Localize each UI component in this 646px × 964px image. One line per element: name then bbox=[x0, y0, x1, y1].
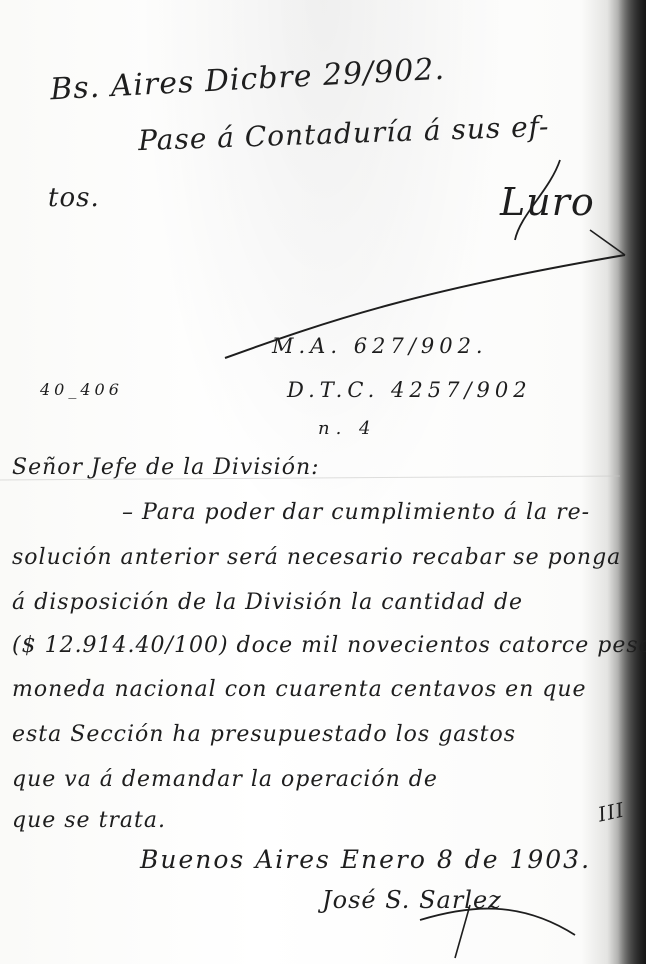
header-instruction-cont: tos. bbox=[48, 183, 100, 213]
initial-signature: Luro bbox=[500, 180, 595, 224]
reference-dtc: D.T.C. 4257/902 bbox=[287, 378, 532, 402]
scanned-page: Bs. Aires Dicbre 29/902. Pase á Contadur… bbox=[0, 0, 646, 964]
body-line: que se trata. bbox=[12, 808, 166, 833]
salutation: Señor Jefe de la División: bbox=[12, 455, 320, 480]
body-line: solución anterior será necesario recabar… bbox=[12, 545, 621, 570]
body-line: moneda nacional con cuarenta centavos en… bbox=[12, 677, 587, 702]
reference-number: n. 4 bbox=[318, 418, 377, 439]
body-line: á disposición de la División la cantidad… bbox=[12, 590, 523, 615]
body-line: esta Sección ha presupuestado los gastos bbox=[12, 722, 516, 747]
signature: José S. Sarlez bbox=[322, 886, 502, 914]
body-line: ($ 12.914.40/100) doce mil novecientos c… bbox=[12, 633, 646, 658]
body-line: – Para poder dar cumplimiento á la re- bbox=[122, 500, 590, 525]
closing-place-date: Buenos Aires Enero 8 de 1903. bbox=[140, 845, 591, 874]
reference-mua: M.A. 627/902. bbox=[272, 334, 488, 358]
reference-side-number: 40_406 bbox=[40, 380, 123, 399]
body-line: que va á demandar la operación de bbox=[12, 767, 438, 792]
